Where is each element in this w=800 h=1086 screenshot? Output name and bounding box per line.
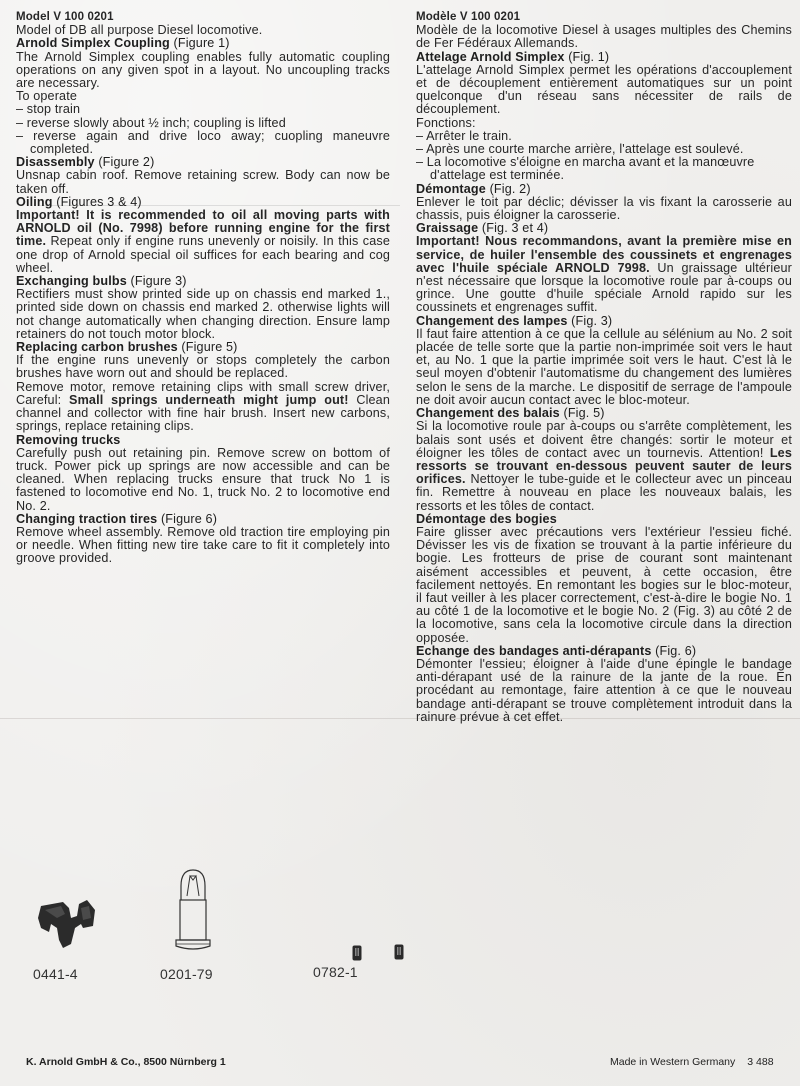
carbon-brush-clip-icon	[35, 898, 101, 950]
tires-text-fr: Démonter l'essieu; éloigner à l'aide d'u…	[416, 658, 792, 724]
light-bulb-icon	[173, 866, 213, 956]
section-heading-bulbs-fr: Changement des lampes (Fig. 3)	[416, 315, 792, 328]
spare-parts-section: 0441-4 0201-79 0782-1	[0, 860, 800, 990]
section-heading-tires-fr: Echange des bandages anti-dérapants (Fig…	[416, 645, 792, 658]
brushes-text-fr: Si la locomotive roule par à-coups ou s'…	[416, 420, 792, 512]
coupling-text: The Arnold Simplex coupling enables full…	[16, 51, 390, 91]
section-heading-coupling-fr: Attelage Arnold Simplex (Fig. 1)	[416, 51, 792, 64]
english-column: Model V 100 0201 Model of DB all purpose…	[16, 11, 390, 566]
tires-text: Remove wheel assembly. Remove old tracti…	[16, 526, 390, 566]
trucks-text-fr: Faire glisser avec précautions vers l'ex…	[416, 526, 792, 645]
oiling-text-fr: Important! Nous recommandons, avant la p…	[416, 235, 792, 314]
oiling-text: Important! It is recommended to oil all …	[16, 209, 390, 275]
instruction-sheet: Model V 100 0201 Model of DB all purpose…	[0, 0, 800, 1086]
origin-line: Made in Western Germany3 488	[610, 1056, 774, 1068]
part-number-label: 0441-4	[33, 966, 78, 982]
coupling-text-fr: L'attelage Arnold Simplex permet les opé…	[416, 64, 792, 117]
trucks-text: Carefully push out retaining pin. Remove…	[16, 447, 390, 513]
part-number-label: 0782-1	[313, 964, 358, 980]
print-code: 3 488	[747, 1056, 773, 1068]
brushes-text-2: Remove motor, remove retaining clips wit…	[16, 381, 390, 434]
section-heading-coupling: Arnold Simplex Coupling (Figure 1)	[16, 37, 390, 50]
bulbs-text: Rectifiers must show printed side up on …	[16, 288, 390, 341]
carbon-brush-icon	[394, 944, 404, 960]
brushes-warning: Small springs underneath might jump out!	[69, 393, 349, 407]
operate-label-fr: Fonctions:	[416, 117, 792, 130]
carbon-brush-icon	[352, 945, 362, 961]
section-heading-tires: Changing traction tires (Figure 6)	[16, 513, 390, 526]
operate-step-fr: – La locomotive s'éloigne en marcha avan…	[416, 156, 792, 182]
bulbs-text-fr: Il faut faire attention à ce que la cell…	[416, 328, 792, 407]
model-subtitle-fr: Modèle de la locomotive Diesel à usages …	[416, 24, 792, 50]
section-heading-trucks-fr: Démontage des bogies	[416, 513, 792, 526]
disassembly-text-fr: Enlever le toit par déclic; dévisser la …	[416, 196, 792, 222]
section-heading-trucks: Removing trucks	[16, 434, 390, 447]
operate-step: – reverse again and drive loco away; cuo…	[16, 130, 390, 156]
company-address: K. Arnold GmbH & Co., 8500 Nürnberg 1	[26, 1056, 226, 1068]
part-number-label: 0201-79	[160, 966, 213, 982]
disassembly-text: Unsnap cabin roof. Remove retaining scre…	[16, 169, 390, 195]
made-in-label: Made in Western Germany	[610, 1056, 735, 1068]
french-column: Modèle V 100 0201 Modèle de la locomotiv…	[416, 11, 792, 724]
operate-step: – stop train	[16, 103, 390, 116]
brushes-text: If the engine runs unevenly or stops com…	[16, 354, 390, 380]
section-heading-disassembly-fr: Démontage (Fig. 2)	[416, 183, 792, 196]
operate-step: – reverse slowly about ½ inch; coupling …	[16, 117, 390, 130]
